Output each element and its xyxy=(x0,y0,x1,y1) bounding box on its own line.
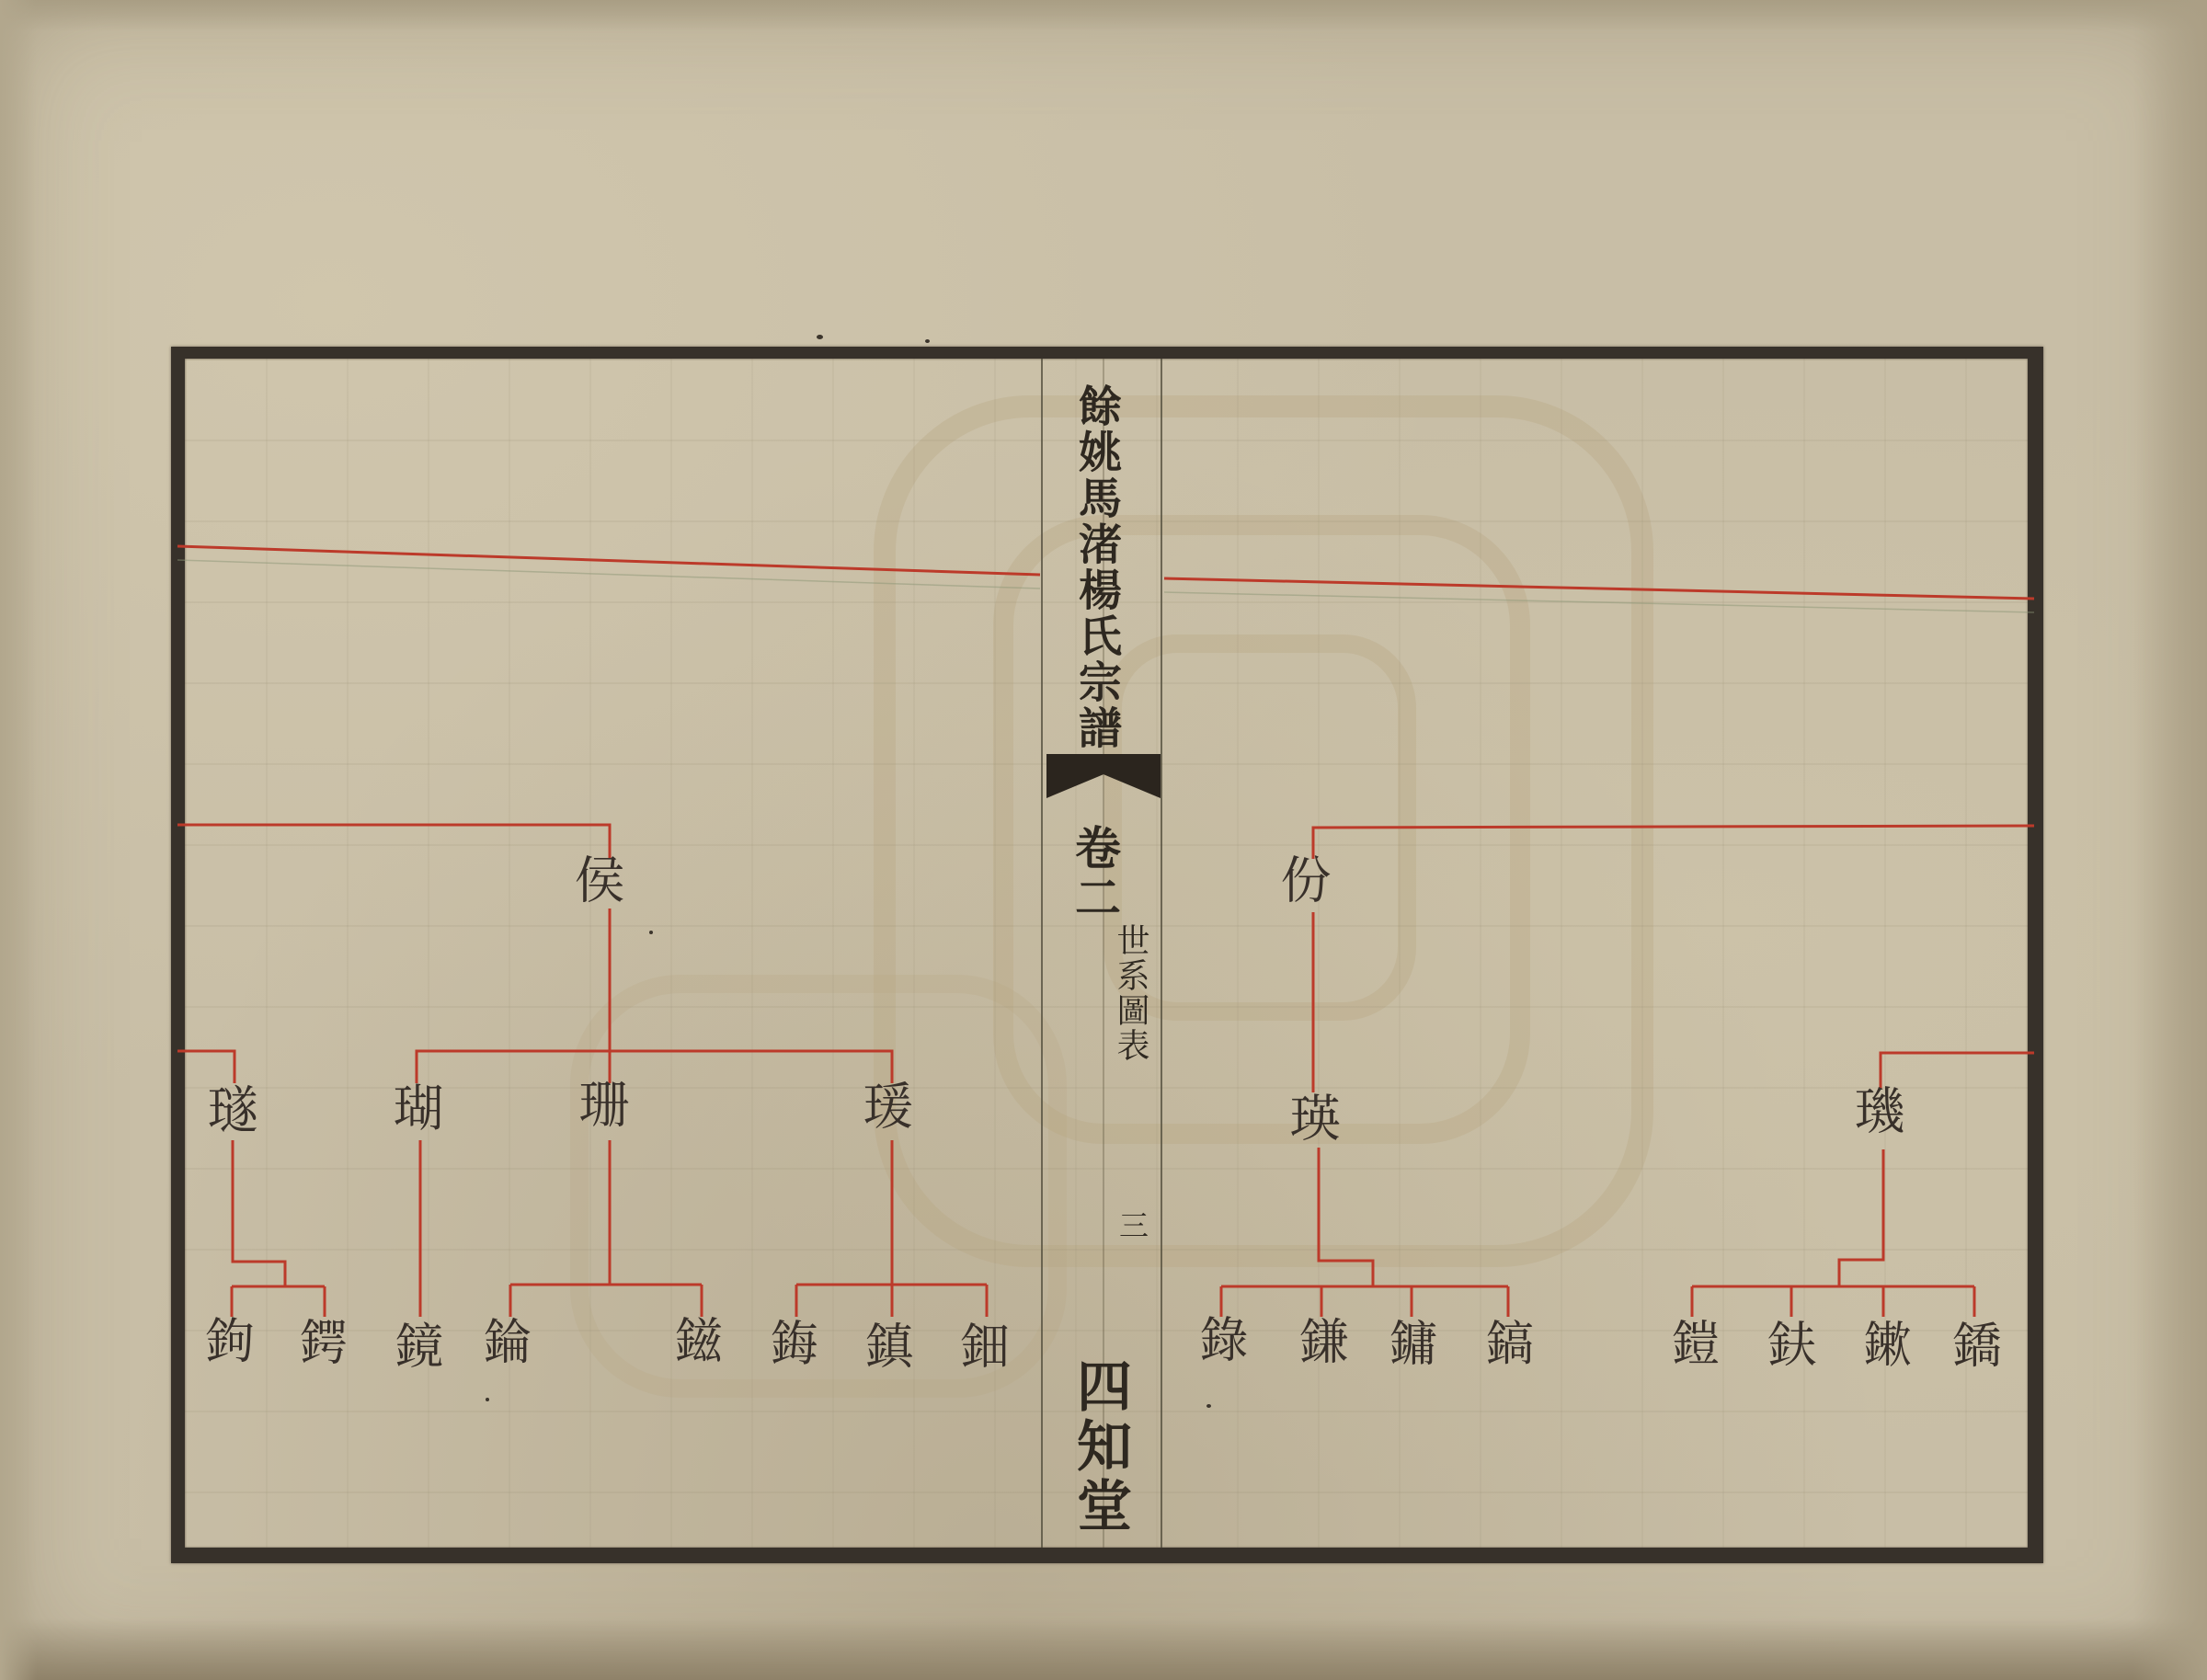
node-right-gen3-shou: 鏉 xyxy=(1864,1322,1913,1371)
scanned-genealogy-spread: 餘姚馬渚楊氏宗譜 卷二 世系圖表 三 四知堂 侯 璲 瑚 珊 瑗 鉤 鍔 鏡 錀… xyxy=(0,0,2207,1680)
node-left-gen2-sui: 璲 xyxy=(207,1086,257,1137)
node-left-gen2-yuan: 瑗 xyxy=(863,1082,913,1133)
node-left-gen3-zi: 鎡 xyxy=(675,1319,724,1367)
node-right-gen3-gao: 鎬 xyxy=(1486,1321,1535,1370)
node-left-gen3-gou: 鉤 xyxy=(206,1319,255,1367)
node-left-gen3-zhen: 鎮 xyxy=(865,1324,914,1373)
node-right-gen3-kai: 鎧 xyxy=(1672,1321,1721,1370)
page-number: 三 xyxy=(1120,1210,1153,1240)
photo-edge-bottom xyxy=(0,1618,2207,1680)
node-left-gen3-mei: 鋂 xyxy=(771,1321,819,1370)
book-title: 餘姚馬渚楊氏宗譜 xyxy=(1078,383,1127,751)
hall-name: 四知堂 xyxy=(1079,1357,1139,1537)
node-left-gen2-hu: 瑚 xyxy=(393,1084,443,1135)
node-right-gen3-lu: 錄 xyxy=(1200,1318,1249,1366)
volume-label: 卷二 xyxy=(1076,824,1127,923)
node-right-gen3-fu: 鈇 xyxy=(1768,1322,1817,1371)
node-left-gen3-lun: 錀 xyxy=(484,1320,532,1368)
photo-edge-top xyxy=(0,0,2207,31)
photo-edge-right xyxy=(2133,0,2207,1680)
node-right-gen2-ying: 瑛 xyxy=(1289,1094,1340,1145)
node-left-gen1-hou: 侯 xyxy=(574,856,624,907)
node-right-gen3-lian: 鎌 xyxy=(1300,1320,1349,1368)
node-right-gen1-fen: 份 xyxy=(1280,856,1331,907)
node-right-gen3-yong: 鏞 xyxy=(1389,1321,1438,1370)
node-right-gen3-qiao: 鐈 xyxy=(1953,1323,2002,1372)
node-left-gen3-e: 鍔 xyxy=(300,1320,349,1369)
node-left-gen3-jing: 鏡 xyxy=(395,1324,444,1373)
node-left-gen2-shan: 珊 xyxy=(578,1080,629,1131)
node-right-gen2-ji: 璣 xyxy=(1854,1087,1904,1137)
node-left-gen3-dian: 鈿 xyxy=(961,1324,1010,1373)
section-label: 世系圖表 xyxy=(1118,923,1155,1063)
photo-edge-left xyxy=(0,0,37,1680)
